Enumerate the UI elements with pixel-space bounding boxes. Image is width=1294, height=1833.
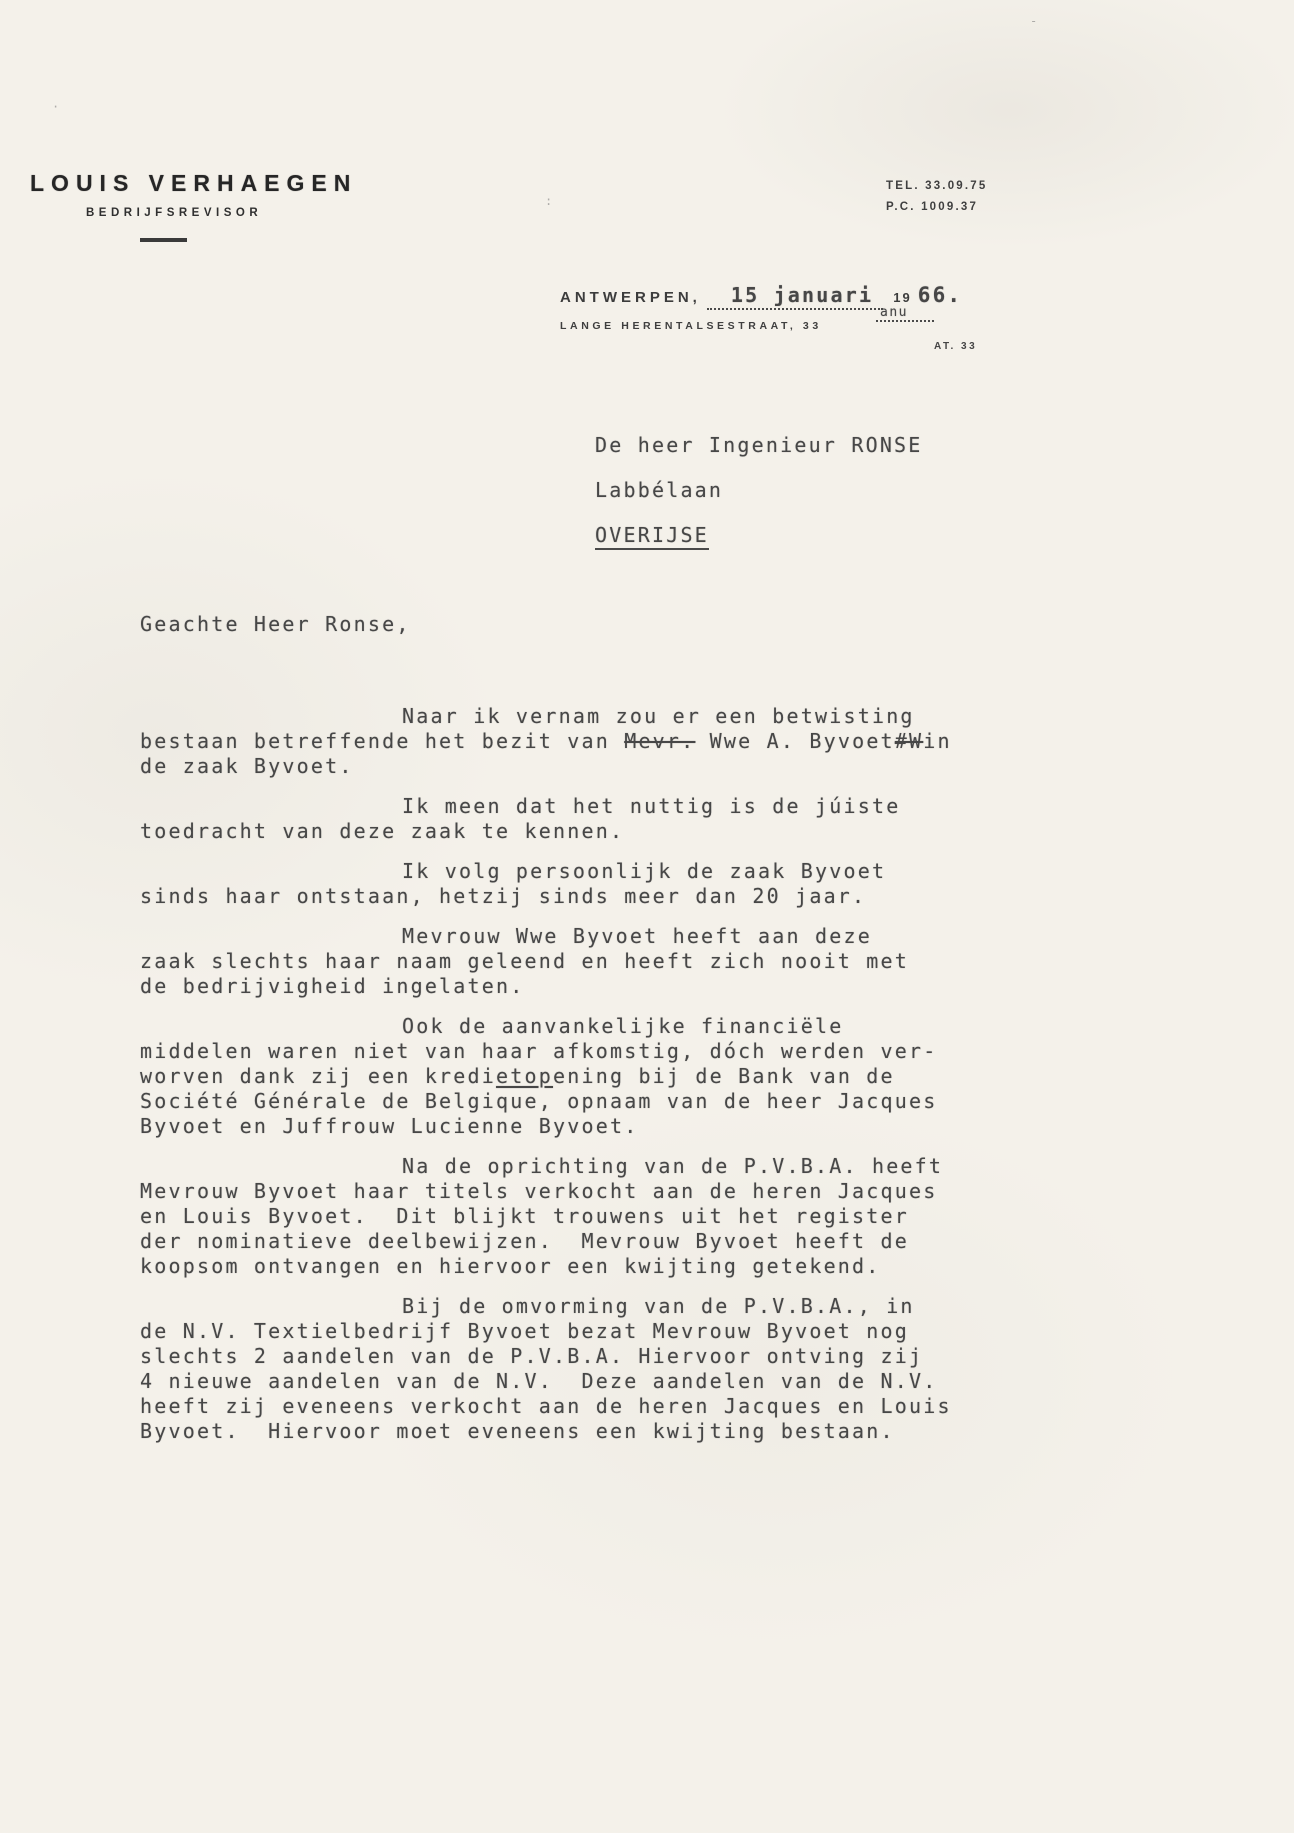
paragraph-line: en Louis Byvoet. Dit blijkt trouwens uit… xyxy=(140,1204,1000,1229)
typed-text: en Louis Byvoet. Dit blijkt trouwens uit… xyxy=(140,1204,909,1228)
paragraph-line: de zaak Byvoet. xyxy=(140,754,1000,779)
typed-text: de bedrijvigheid ingelaten. xyxy=(140,974,525,998)
typed-text: Wwe A. Byvoet xyxy=(695,729,894,753)
typed-text: Byvoet en Juffrouw Lucienne Byvoet. xyxy=(140,1114,638,1138)
corrected-text: Mevr. xyxy=(624,729,695,753)
typed-text: toedracht van deze zaak te kennen. xyxy=(140,819,624,843)
paragraph: Bij de omvorming van de P.V.B.A., inde N… xyxy=(140,1294,1000,1444)
paragraph-line: toedracht van deze zaak te kennen. xyxy=(140,819,1000,844)
typed-text: Mevrouw Wwe Byvoet heeft aan deze xyxy=(402,924,872,948)
paragraph-line: sinds haar ontstaan, hetzij sinds meer d… xyxy=(140,884,1000,909)
letter-body: Geachte Heer Ronse, Naar ik vernam zou e… xyxy=(140,612,1000,1459)
typed-text: zaak slechts haar naam geleend en heeft … xyxy=(140,949,909,973)
recipient-city: OVERIJSE xyxy=(595,523,709,550)
letterhead-name: LOUIS VERHAEGEN xyxy=(30,170,357,197)
typed-text: de N.V. Textielbedrijf Byvoet bezat Mevr… xyxy=(140,1319,909,1343)
paragraph-line: Na de oprichting van de P.V.B.A. heeft xyxy=(140,1154,1000,1179)
typed-text: slechts 2 aandelen van de P.V.B.A. Hierv… xyxy=(140,1344,923,1368)
typed-text: in xyxy=(923,729,951,753)
typed-text: de zaak Byvoet. xyxy=(140,754,354,778)
typed-text: heeft zij eveneens verkocht aan de heren… xyxy=(140,1394,952,1418)
typed-text: Bij de omvorming van de P.V.B.A., in xyxy=(402,1294,915,1318)
paragraph-line: Mevrouw Byvoet haar titels verkocht aan … xyxy=(140,1179,1000,1204)
typed-text: koopsom ontvangen en hiervoor een kwijti… xyxy=(140,1254,881,1278)
recipient-block: De heer Ingenieur RONSE Labbélaan OVERIJ… xyxy=(595,433,923,570)
paragraph: Ik meen dat het nuttig is de júistetoedr… xyxy=(140,794,1000,844)
letterhead-extra-text: AT. 33 xyxy=(934,341,977,352)
paragraph: Naar ik vernam zou er een betwistingbest… xyxy=(140,704,1000,779)
typed-text: Ik meen dat het nuttig is de júiste xyxy=(402,794,900,818)
paragraph-line: Ik volg persoonlijk de zaak Byvoet xyxy=(140,859,1000,884)
letter-page: LOUIS VERHAEGEN BEDRIJFSREVISOR TEL. 33.… xyxy=(0,0,1294,1833)
typed-text: der nominatieve deelbewijzen. Mevrouw By… xyxy=(140,1229,909,1253)
paragraph-line: middelen waren niet van haar afkomstig, … xyxy=(140,1039,1000,1064)
paragraph-line: worven dank zij een kredietopening bij d… xyxy=(140,1064,1000,1089)
corrected-text: #W xyxy=(895,729,923,753)
paragraph: Ik volg persoonlijk de zaak Byvoetsinds … xyxy=(140,859,1000,909)
typed-text: Ik volg persoonlijk de zaak Byvoet xyxy=(402,859,886,883)
typed-text: Naar ik vernam zou er een betwisting xyxy=(402,704,915,728)
paragraph-line: heeft zij eveneens verkocht aan de heren… xyxy=(140,1394,1000,1419)
scan-artifact: · xyxy=(52,100,59,114)
paragraph-line: bestaan betreffende het bezit van Mevr. … xyxy=(140,729,1000,754)
paragraph-line: Ook de aanvankelijke financiële xyxy=(140,1014,1000,1039)
paragraph-line: zaak slechts haar naam geleend en heeft … xyxy=(140,949,1000,974)
typed-text: 4 nieuwe aandelen van de N.V. Deze aande… xyxy=(140,1369,938,1393)
typed-text: Ook de aanvankelijke financiële xyxy=(402,1014,843,1038)
paragraph-line: Société Générale de Belgique, opnaam van… xyxy=(140,1089,1000,1114)
typed-text: worven dank zij een kredi xyxy=(140,1064,496,1088)
corrected-text: etop xyxy=(496,1064,553,1088)
paragraph: Mevrouw Wwe Byvoet heeft aan dezezaak sl… xyxy=(140,924,1000,999)
dateline-typed-date: 15 januari xyxy=(731,283,873,307)
paragraph: Ook de aanvankelijke financiëlemiddelen … xyxy=(140,1014,1000,1139)
recipient-name: De heer Ingenieur RONSE xyxy=(595,433,923,458)
paragraph-line: Mevrouw Wwe Byvoet heeft aan deze xyxy=(140,924,1000,949)
dateline-city: ANTWERPEN, xyxy=(560,289,701,306)
paragraph-line: Bij de omvorming van de P.V.B.A., in xyxy=(140,1294,1000,1319)
dateline-typed-year: 66. xyxy=(918,283,963,307)
typed-text: Byvoet. Hiervoor moet eveneens een kwijt… xyxy=(140,1419,895,1443)
dateline-overtype-fragment: anu xyxy=(876,305,934,322)
paragraph-line: Ik meen dat het nuttig is de júiste xyxy=(140,794,1000,819)
letterhead-postal-account: P.C. 1009.37 xyxy=(886,197,987,218)
paragraph-line: 4 nieuwe aandelen van de N.V. Deze aande… xyxy=(140,1369,1000,1394)
typed-text: Na de oprichting van de P.V.B.A. heeft xyxy=(402,1154,943,1178)
typed-text: sinds haar ontstaan, hetzij sinds meer d… xyxy=(140,884,866,908)
paragraph-line: de N.V. Textielbedrijf Byvoet bezat Mevr… xyxy=(140,1319,1000,1344)
letterhead-contact: TEL. 33.09.75 P.C. 1009.37 xyxy=(886,176,987,218)
letterhead-telephone: TEL. 33.09.75 xyxy=(886,176,987,197)
recipient-street: Labbélaan xyxy=(595,478,923,503)
dateline-printed-year-prefix: 19 xyxy=(893,290,911,305)
scan-artifact: - xyxy=(1030,14,1037,28)
paragraph-line: de bedrijvigheid ingelaten. xyxy=(140,974,1000,999)
paragraph-line: Naar ik vernam zou er een betwisting xyxy=(140,704,1000,729)
paragraph: Na de oprichting van de P.V.B.A. heeftMe… xyxy=(140,1154,1000,1279)
typed-text: ening bij de Bank van de xyxy=(553,1064,895,1088)
typed-text: Société Générale de Belgique, opnaam van… xyxy=(140,1089,938,1113)
paragraph-line: der nominatieve deelbewijzen. Mevrouw By… xyxy=(140,1229,1000,1254)
salutation: Geachte Heer Ronse, xyxy=(140,612,1000,637)
paragraph-line: koopsom ontvangen en hiervoor een kwijti… xyxy=(140,1254,1000,1279)
paragraph-line: Byvoet. Hiervoor moet eveneens een kwijt… xyxy=(140,1419,1000,1444)
typed-text: bestaan betreffende het bezit van xyxy=(140,729,624,753)
typed-text: middelen waren niet van haar afkomstig, … xyxy=(140,1039,938,1063)
letterhead-title: BEDRIJFSREVISOR xyxy=(86,207,262,219)
paragraph-line: Byvoet en Juffrouw Lucienne Byvoet. xyxy=(140,1114,1000,1139)
scan-artifact: : xyxy=(545,194,552,208)
letterhead-street-address: LANGE HERENTALSESTRAAT, 33 xyxy=(560,320,822,332)
paragraph-line: slechts 2 aandelen van de P.V.B.A. Hierv… xyxy=(140,1344,1000,1369)
letter-body-paragraphs: Naar ik vernam zou er een betwistingbest… xyxy=(140,704,1000,1444)
letterhead-rule xyxy=(140,238,187,242)
typed-text: Mevrouw Byvoet haar titels verkocht aan … xyxy=(140,1179,938,1203)
